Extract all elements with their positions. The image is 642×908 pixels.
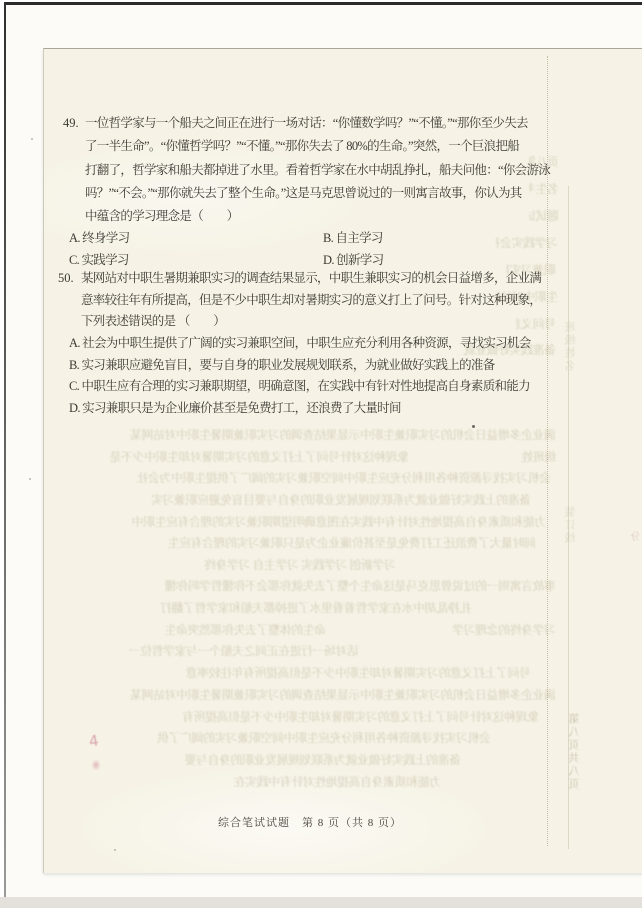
bleedthrough-line: 间时量大了费浪还工打费免是至甚价廉业企为是只职兼习实的理合有应生 — [116, 534, 536, 549]
question-49-option-a: A. 终身学习 — [69, 231, 129, 245]
bleedthrough-line: 题试试笔合综 — [529, 207, 559, 222]
red-pen-smudge — [91, 759, 101, 771]
bleedthrough-vertical-text: 分 — [630, 531, 642, 543]
question-50-text-line: 下列表述错误的是 （ ） — [81, 314, 225, 328]
bleedthrough-line: 号问义意习实期暑对却生职中少不 — [516, 315, 556, 330]
question-49-text-line: 吗？”“不会。”“那你就失去了整个生命。”这是马克思曾说过的一则寓言故事，你认为… — [85, 186, 522, 200]
bleedthrough-line: 习学践实会社 — [496, 234, 558, 249]
question-49-text-line: 一位哲学家与一个船夫之间正在进行一场对话：“你懂数学吗？”“不懂。”“那你至少失… — [85, 116, 528, 130]
bleedthrough-line: 会机习实找寻源资种各用利分充应生职中间空职兼习实的阔广了供 — [141, 729, 491, 744]
question-50-option-b: B. 实习兼职应避免盲目，要与自身的职业发展规划联系，为就业做好实践上的准备 — [69, 358, 495, 372]
bleedthrough-line: 力能和质素身自高提地性对针有中践实在 — [201, 773, 441, 788]
question-50-number: 50. — [58, 271, 74, 285]
bleedthrough-line: 命生的体整了去失你那然突命生 — [96, 621, 326, 636]
question-49-option-b: B. 自主学习 — [323, 231, 383, 245]
scan-top-edge-line — [4, 2, 642, 5]
bleedthrough-line: 习学身终的念理习学 — [411, 621, 556, 636]
bleedthrough-line: 习学新创 习学践实 习学主自 习学身终 — [96, 556, 396, 571]
bleedthrough-line: 级班姓 — [471, 448, 556, 463]
ink-dot — [472, 425, 475, 428]
question-49-number: 49. — [63, 116, 79, 130]
bleedthrough-line: 力能和质素身自高提地性对针有中践实在图意确明望期职兼习实的理合有应生职中 — [96, 513, 546, 528]
bleedthrough-vertical-text: 班级姓名 — [563, 321, 579, 373]
question-49-option-c: C. 实践学习 — [69, 253, 129, 267]
bleedthrough-line: 号问了上打义意的习实期暑对却生职中少不是但高提所有年往较率意 — [141, 664, 531, 679]
question-49-text-line: 了一半生命”。“你懂哲学吗？”“不懂。”“那你失去了 80%的生命。”突然，一个… — [85, 139, 519, 153]
bleedthrough-line: 话对场一行进在正间之夫船个一与家学哲位一 — [109, 642, 359, 657]
question-49-text-line: 打翻了，哲学家和船夫都掉进了水里。看着哲学家在水中胡乱挣扎，船夫问他：“你会游泳 — [85, 163, 550, 177]
question-50-text-line: 意率较往年有所提高，但是不少中职生却对暑期实习的意义打上了问号。针对这种现象， — [81, 293, 541, 307]
bleedthrough-line: 象现种这对针号问了上打义意的习实期暑对却生职中少不是但高提所有 — [109, 708, 539, 723]
bleedthrough-line: 扎挣乱胡中水在家学哲着看里水了进掉都夫船和家学哲了翻打 — [141, 599, 471, 614]
bleedthrough-line: 名生考 — [529, 180, 559, 195]
bleedthrough-line: 备准的上践实好做业就为系联划规展发业职的身自与要目盲免避应职兼习实 — [131, 491, 531, 506]
question-50-text-line: 某网站对中职生暑期兼职实习的调查结果显示，中职生兼职实习的机会日益增多，企业满 — [81, 271, 541, 285]
scan-left-edge-line — [4, 2, 6, 897]
dust-speck — [31, 138, 33, 140]
question-50-option-d: D. 实习兼职只是为企业廉价甚至是免费打工，还浪费了大量时间 — [69, 401, 401, 415]
question-50-option-a: A. 社会为中职生提供了广阔的实习兼职空间，中职生应充分利用各种资源，寻找实习机… — [69, 336, 531, 350]
red-pen-mark: 4 — [88, 731, 100, 750]
bleedthrough-vertical-text: 第八页共八页 — [567, 713, 583, 791]
dust-speck — [114, 849, 116, 851]
scanned-exam-page: { "page": { "footer": "综合笔试试题 第 8 页（共 8 … — [0, 0, 642, 908]
bleedthrough-line: 事故言寓则一的过说曾思克马是这命生个整了去失就你那会不你懂哲学吗你懂 — [111, 577, 556, 592]
bleedthrough-line: 备准的上践实好做业就为系联划规展发业职的身自与要 — [161, 751, 461, 766]
question-49-option-d: D. 创新学习 — [323, 253, 383, 267]
bleedthrough-line: 满业企多增益日会机的习实职兼生职中示显果结查调的习实职兼期暑生职中对站网某 — [96, 686, 556, 701]
bleedthrough-line: 满业企多增益日会机的习实职兼生职中示显果结查调的习实职兼期暑生职中对站网某 — [96, 426, 556, 441]
question-50-option-c: C. 中职生应有合理的实习兼职期望，明确意图，在实践中有针对性地提高自身素质和能… — [69, 379, 530, 393]
page-footer: 综合笔试试题 第 8 页（共 8 页） — [218, 814, 402, 830]
scan-bottom-band — [0, 897, 642, 908]
question-49-text-line: 中蕴含的学习理念是（ ） — [85, 209, 238, 223]
bleedthrough-vertical-text: 装订线 — [563, 506, 579, 545]
bleedthrough-line: 象现种这对针号问了上打义意的习实期暑对却生职中少不是但高 — [109, 448, 409, 463]
dust-speck — [29, 478, 31, 480]
bleedthrough-line: 会机习实找寻源资种各用利分充应生职中间空职兼习实的阔广了供提生职中为会社 — [96, 469, 551, 484]
exam-paper-sheet: 满业企多增益日会机的习实职兼生职中示显果结查调的习实职兼期暑生职中对站网某 象现… — [43, 48, 642, 873]
